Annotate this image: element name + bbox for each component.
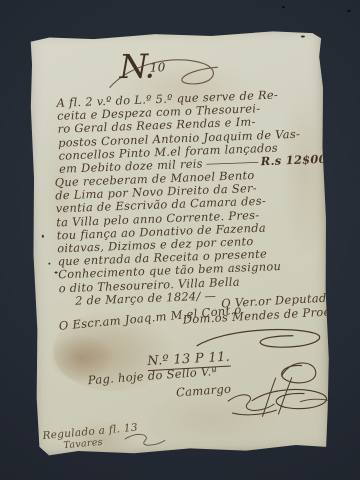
paragraph-receipt: Que receberam de Manoel Bento de Lima po…	[55, 168, 283, 308]
heading-flourish	[105, 51, 236, 96]
dust-speck	[347, 10, 351, 12]
ink-speck	[42, 235, 44, 238]
rubric-signature-flourish	[239, 357, 342, 421]
ink-speck	[48, 263, 50, 265]
ink-speck	[301, 35, 305, 37]
photo-stage: N.10 A fl. 2 v.º do L.º 5.º que serve de…	[0, 0, 360, 480]
document-paper: N.10 A fl. 2 v.º do L.º 5.º que serve de…	[29, 29, 331, 457]
dust-speck	[282, 6, 285, 8]
paragraph-debit: A fl. 2 v.º do L.º 5.º que serve de Re- …	[56, 87, 335, 176]
document-number: N.10	[119, 46, 166, 86]
amount-reis: R.s 12$000	[260, 152, 335, 168]
filing-note-flourish	[123, 428, 169, 451]
